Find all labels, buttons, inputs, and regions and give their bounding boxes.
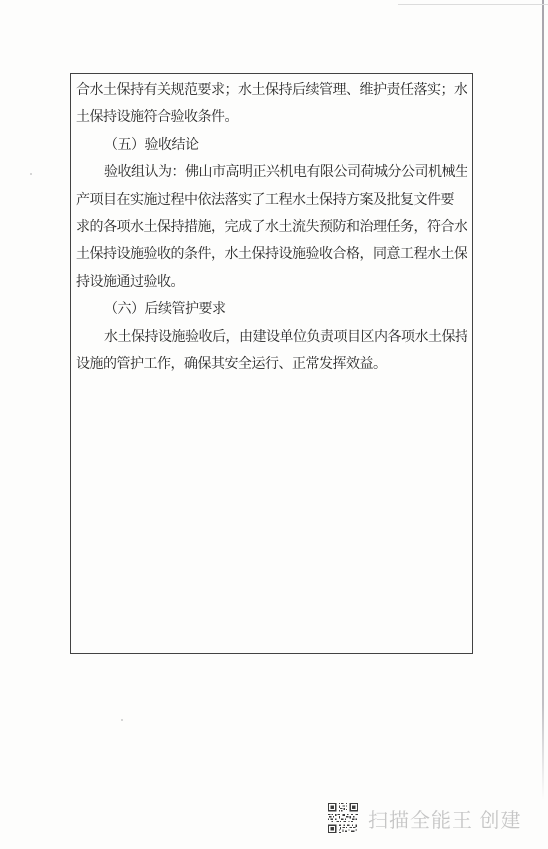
qr-code-icon [328,803,358,833]
text-line: 合水土保持有关规范要求；水土保持后续管理、维护责任落实；水 [76,77,467,104]
paper-speckle [30,173,32,175]
text-line: 水土保持设施验收后，由建设单位负责项目区内各项水土保持 [76,324,467,351]
text-line: （六）后续管护要求 [76,296,467,323]
text-line: 设施的管护工作，确保其安全运行、正常发挥效益。 [76,351,467,378]
text-line: （五）验收结论 [76,132,467,159]
text-line: 土保持设施符合验收条件。 [76,104,467,131]
text-line: 求的各项水土保持措施，完成了水土流失预防和治理任务，符合水 [76,214,467,241]
scanned-document-page: { "document": { "lines": [ { "text": "合水… [0,0,548,849]
document-border-box: 合水土保持有关规范要求；水土保持后续管理、维护责任落实；水土保持设施符合验收条件… [70,73,473,654]
watermark-label: 扫描全能王 创建 [368,804,522,833]
text-line: 土保持设施验收的条件，水土保持设施验收合格，同意工程水土保 [76,241,467,268]
text-line: 产项目在实施过程中依法落实了工程水土保持方案及批复文件要 [76,187,467,214]
scan-page-edge-line [542,0,544,800]
document-text: 合水土保持有关规范要求；水土保持后续管理、维护责任落实；水土保持设施符合验收条件… [71,74,472,378]
paper-speckle [121,719,123,721]
text-line: 持设施通过验收。 [76,269,467,296]
scan-top-edge-line [398,4,548,5]
scanner-watermark: 扫描全能王 创建 [328,801,522,835]
text-line: 验收组认为：佛山市高明正兴机电有限公司荷城分公司机械生 [76,159,467,186]
